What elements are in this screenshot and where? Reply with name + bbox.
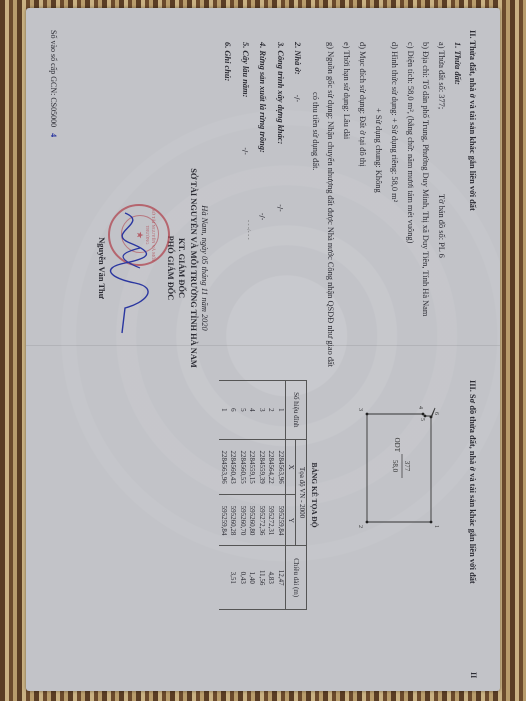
page-corner-marker: II <box>467 672 478 678</box>
table-row: 62284560,43595260,283,51 <box>228 381 237 610</box>
cell-y: 595259,84 <box>219 495 228 546</box>
address-line: b) Địa chỉ: Tổ dân phố Trung, Phường Duy… <box>420 42 431 350</box>
cell-x: 2284560,55 <box>237 439 246 495</box>
blank-marks: - - -/- - - <box>244 220 252 240</box>
cell-pt: 3 <box>256 381 265 440</box>
map-sheet-number: Tờ bản đồ số: PL 6 <box>437 194 446 258</box>
cell-y: 595260,70 <box>237 495 246 546</box>
parcel-number: a) Thửa đất số: 377; <box>436 42 447 192</box>
table-row: 12284563,96595259,8412,47 <box>275 381 285 610</box>
parcel-diagram: 1 2 3 4 5 6 377 ODT 58,0 <box>327 380 457 660</box>
gcn-register-number: Số vào sổ cấp GCN: CS05000 4 <box>47 30 58 137</box>
cell-y: 595272,31 <box>266 495 275 546</box>
cell-len: 12,47 <box>275 546 285 610</box>
origin-line: g) Nguồn gốc sử dụng: Nhận chuyển nhượng… <box>325 42 336 350</box>
cell-len: 11,56 <box>256 546 265 610</box>
cell-len: 1,40 <box>247 546 256 610</box>
parcel-outline: 1 2 3 4 5 6 377 ODT 58,0 <box>327 380 457 660</box>
cell-y: 595272,36 <box>256 495 265 546</box>
header-x: X <box>285 439 295 495</box>
header-vertex: Số hiệu đỉnh <box>285 381 306 440</box>
right-page: III. Sơ đồ thửa đất, nhà ở và tài sản kh… <box>219 380 478 670</box>
handwritten-mark: 4 <box>49 133 58 137</box>
cell-pt: 1 <box>275 381 285 440</box>
cell-pt: 1 <box>219 381 228 440</box>
usage-term-line: e) Thời hạn sử dụng: Lâu dài <box>341 42 352 350</box>
coords-table-title: BẢNG KÊ TỌA ĐỘ <box>309 380 319 610</box>
section-ii-title: II. Thửa đất, nhà ở và tài sản khác gắn … <box>467 30 478 350</box>
svg-text:4: 4 <box>417 406 423 409</box>
area-line: c) Diện tích: 58,0 m², (bằng chữ: năm mư… <box>404 42 415 350</box>
usage-purpose-line: đ) Mục đích sử dụng: Đất ở tại đô thị <box>357 42 368 350</box>
table-row: 12284563,96595259,84 <box>219 381 228 610</box>
signer-role: PHÓ GIÁM ĐỐC <box>165 168 176 368</box>
issue-date: Hà Nam, ngày 05 tháng 11 năm 2020 <box>199 168 210 368</box>
cell-y: 595259,84 <box>275 495 285 546</box>
cell-pt: 5 <box>237 381 246 440</box>
header-system: Tọa độ VN - 2000 <box>296 439 306 546</box>
cell-x: 2284560,43 <box>228 439 237 495</box>
cell-x: 2284563,96 <box>275 439 285 495</box>
svg-text:377: 377 <box>403 461 411 472</box>
header-y: Y <box>285 495 295 546</box>
item-production-forest: 4. Rừng sản xuất là rừng trồng:-/- <box>257 42 268 350</box>
table-row: 32284559,39595272,3611,56 <box>256 381 265 610</box>
coordinates-table: Số hiệu đỉnh Tọa độ VN - 2000 Chiều dài … <box>219 380 307 610</box>
table-row: 52284560,55595260,700,43 <box>237 381 246 610</box>
cell-y: 595260,28 <box>228 495 237 546</box>
svg-text:2: 2 <box>357 525 363 528</box>
cell-len <box>219 546 228 610</box>
signer-kt: KT. GIÁM ĐỐC <box>176 168 187 368</box>
cell-pt: 4 <box>247 381 256 440</box>
cell-len: 3,51 <box>228 546 237 610</box>
svg-text:3: 3 <box>357 408 363 411</box>
usage-form-line: d) Hình thức sử dụng: + Sử dụng riêng: 5… <box>388 42 399 350</box>
item-house: 2. Nhà ở:-/- <box>292 42 303 350</box>
cell-x: 2284559,39 <box>256 439 265 495</box>
cell-pt: 6 <box>228 381 237 440</box>
svg-text:1: 1 <box>433 525 439 528</box>
svg-text:5: 5 <box>419 418 425 421</box>
header-length: Chiều dài (m) <box>285 546 306 610</box>
origin-line-cont: có thu tiền sử dụng đất. <box>309 92 320 350</box>
cell-pt: 2 <box>266 381 275 440</box>
cell-len: 4,83 <box>266 546 275 610</box>
svg-text:6: 6 <box>433 412 439 415</box>
cell-y: 595260,80 <box>247 495 256 546</box>
parcel-number-line: a) Thửa đất số: 377; Tờ bản đồ số: PL 6 <box>436 42 447 350</box>
subsection-land-parcel: 1. Thửa đất: <box>451 42 462 350</box>
table-row: 22284564,22595272,314,83 <box>266 381 275 610</box>
handwritten-signature <box>100 208 160 338</box>
issuing-agency: SỞ TÀI NGUYÊN VÀ MÔI TRƯỜNG TỈNH HÀ NAM <box>187 168 198 368</box>
section-iii-title: III. Sơ đồ thửa đất, nhà ở và tài sản kh… <box>467 380 478 670</box>
svg-text:58,0: 58,0 <box>391 460 399 473</box>
cell-len: 0,43 <box>237 546 246 610</box>
cell-x: 2284563,96 <box>219 439 228 495</box>
table-row: 42284559,15595260,801,40 <box>247 381 256 610</box>
item-other-construction: 3. Công trình xây dựng khác:-/- <box>274 42 285 350</box>
shared-usage-line: + Sử dụng chung: Không <box>373 108 384 350</box>
svg-text:ODT: ODT <box>393 438 401 453</box>
item-notes: 6. Ghi chú: <box>222 42 233 350</box>
item-perennial-trees: 5. Cây lâu năm:-/- <box>239 42 250 350</box>
certificate-spread: II. Thửa đất, nhà ở và tài sản khác gắn … <box>26 8 500 691</box>
cell-x: 2284564,22 <box>266 439 275 495</box>
left-page: II. Thửa đất, nhà ở và tài sản khác gắn … <box>218 30 478 350</box>
cell-x: 2284559,15 <box>247 439 256 495</box>
